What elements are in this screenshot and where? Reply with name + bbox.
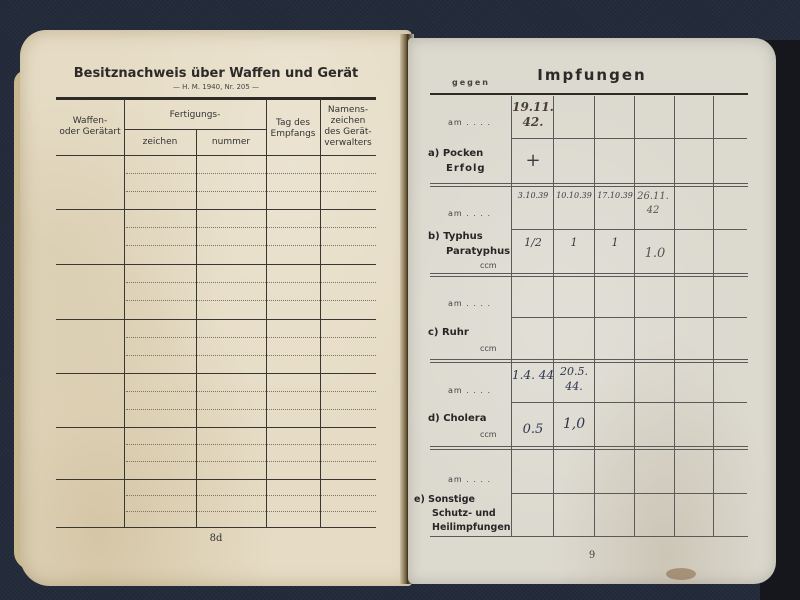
section-name: Ruhr	[442, 327, 469, 338]
section-rule	[430, 359, 748, 360]
column-divider	[196, 129, 197, 527]
section-a-label: a) Pocken Erfolg	[428, 146, 486, 176]
section-c-label: c) Ruhr	[428, 325, 469, 340]
dotted-line	[126, 227, 376, 228]
handwritten-date: 26.11. 42	[636, 190, 670, 218]
mid-rule	[511, 402, 747, 403]
handwritten-value: 1	[595, 236, 635, 249]
section-d-label: d) Cholera	[428, 411, 486, 426]
header-text: Namens-	[320, 105, 376, 116]
column-divider	[320, 99, 321, 527]
dotted-line	[126, 300, 376, 301]
section-name: Typhus	[443, 231, 483, 242]
header-text: Tag des	[266, 118, 320, 129]
handwritten-value: 1,0	[554, 416, 594, 432]
dotted-line	[126, 191, 376, 192]
row-rule	[56, 209, 376, 210]
dotted-line	[126, 173, 376, 174]
section-subname: Paratyphus	[446, 246, 510, 257]
row-rule	[56, 264, 376, 265]
right-page-title: Impfungen	[408, 66, 776, 84]
row-rule	[56, 527, 376, 528]
section-letter: a)	[428, 148, 439, 159]
ccm-label: ccm	[480, 430, 497, 439]
header-nummer: nummer	[196, 137, 266, 148]
section-letter: e)	[414, 494, 425, 505]
dotted-line	[126, 245, 376, 246]
right-page: gegen Impfungen am . . . . a) Pocken Erf…	[408, 38, 776, 584]
section-rule	[430, 273, 748, 274]
handwritten-value: 0.5	[512, 422, 554, 437]
header-namenszeichen: Namens- zeichen des Gerät- verwalters	[320, 105, 376, 149]
handwritten-date: 1.4. 44	[512, 368, 554, 383]
dotted-line	[126, 337, 376, 338]
handwritten-date: 17.10.39	[595, 191, 635, 200]
header-zeichen: zeichen	[124, 137, 196, 148]
column-divider	[713, 96, 714, 536]
section-rule	[430, 449, 748, 450]
handwritten-value: +	[512, 150, 554, 171]
section-rule	[430, 183, 748, 184]
handwritten-value: 1.0	[635, 246, 675, 261]
left-page-number: 8d	[20, 533, 412, 544]
header-text: zeichen	[320, 116, 376, 127]
mid-rule	[511, 493, 747, 494]
row-rule	[56, 427, 376, 428]
column-divider	[594, 96, 595, 536]
header-fertigungs: Fertigungs-	[124, 110, 266, 121]
mid-rule	[511, 229, 747, 230]
section-letter: b)	[428, 231, 440, 242]
section-rule	[430, 276, 748, 277]
am-label: am . . . .	[448, 475, 491, 484]
header-text: oder Gerätart	[56, 127, 124, 138]
handwritten-date: 20.5. 44.	[554, 364, 594, 394]
column-divider	[124, 99, 125, 527]
ccm-label: ccm	[480, 261, 497, 270]
row-rule	[56, 479, 376, 480]
handwritten-value: 1	[554, 236, 594, 249]
header-rule	[430, 93, 748, 95]
section-b-label: b) Typhus Paratyphus	[428, 229, 510, 259]
left-page-title: Besitznachweis über Waffen und Gerät	[20, 66, 412, 81]
section-rule	[430, 536, 748, 537]
handwritten-date: 3.10.39	[512, 191, 554, 200]
section-e-label: e) Sonstige Schutz- und Heilimpfungen	[414, 493, 511, 535]
section-subname: Heilimpfungen	[432, 522, 511, 533]
handwritten-date: 19.11. 42.	[512, 100, 554, 130]
dotted-line	[126, 511, 376, 512]
handwritten-date: 10.10.39	[554, 191, 594, 200]
row-rule	[56, 319, 376, 320]
am-label: am . . . .	[448, 209, 491, 218]
section-name: Cholera	[443, 413, 486, 424]
section-letter: c)	[428, 327, 439, 338]
dotted-line	[126, 391, 376, 392]
column-divider	[634, 96, 635, 536]
header-rule	[56, 97, 376, 100]
section-letter: d)	[428, 413, 440, 424]
column-divider	[266, 99, 267, 527]
left-page-subtitle: — H. M. 1940, Nr. 205 —	[20, 83, 412, 91]
left-page: Besitznachweis über Waffen und Gerät — H…	[20, 30, 412, 586]
dotted-line	[126, 409, 376, 410]
am-label: am . . . .	[448, 118, 491, 127]
right-page-number: 9	[408, 550, 776, 561]
am-label: am . . . .	[448, 299, 491, 308]
row-rule	[56, 155, 376, 156]
header-weapon-type: Waffen- oder Gerätart	[56, 116, 124, 138]
section-subname: Schutz- und	[432, 508, 496, 519]
handwritten-value: 1/2	[512, 236, 554, 249]
stain	[666, 568, 696, 580]
dotted-line	[126, 461, 376, 462]
section-rule	[430, 446, 748, 447]
dotted-line	[126, 355, 376, 356]
section-rule	[430, 362, 748, 363]
mid-rule	[511, 138, 747, 139]
header-text: verwalters	[320, 138, 376, 149]
dotted-line	[126, 495, 376, 496]
section-rule	[430, 186, 748, 187]
section-name: Sonstige	[428, 494, 475, 505]
header-text: Empfangs	[266, 129, 320, 140]
am-label: am . . . .	[448, 386, 491, 395]
section-name: Pocken	[443, 148, 483, 159]
column-divider	[674, 96, 675, 536]
dotted-line	[126, 444, 376, 445]
mid-rule	[511, 317, 747, 318]
header-text: Waffen-	[56, 116, 124, 127]
dotted-line	[126, 282, 376, 283]
section-subname: Erfolg	[446, 163, 486, 174]
header-tag-des-empfangs: Tag des Empfangs	[266, 118, 320, 140]
ccm-label: ccm	[480, 344, 497, 353]
header-text: des Gerät-	[320, 127, 376, 138]
row-rule	[56, 373, 376, 374]
header-subrule	[124, 129, 266, 130]
